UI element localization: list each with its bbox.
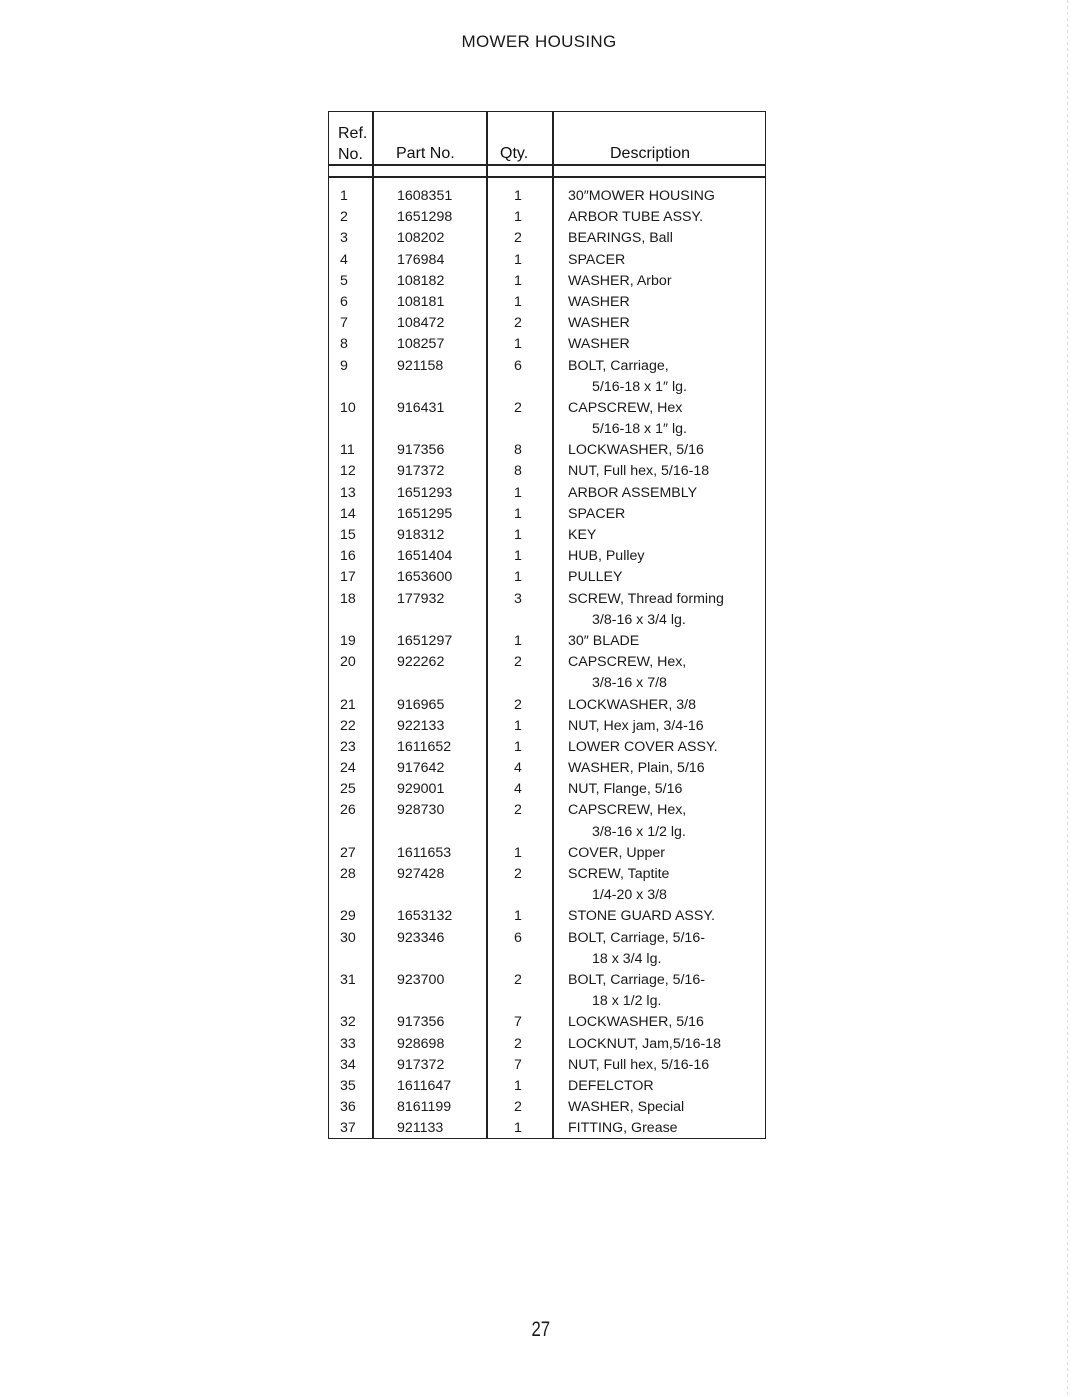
ref-cell: 3: [340, 228, 348, 249]
table-row: 41769841SPACER: [328, 250, 766, 271]
description-cell: COVER, Upper: [568, 843, 665, 864]
description-cell: BEARINGS, Ball: [568, 228, 673, 249]
table-row-continuation: 3/8-16 x 7/8: [328, 673, 766, 694]
qty-cell: 2: [514, 970, 522, 991]
table-row: 339286982LOCKNUT, Jam,5/16-18: [328, 1034, 766, 1055]
table-row: 51081821WASHER, Arbor: [328, 271, 766, 292]
description-continuation-cell: 18 x 1/2 lg.: [592, 991, 661, 1012]
qty-cell: 1: [514, 483, 522, 504]
description-cell: SPACER: [568, 504, 625, 525]
part-no-cell: 923700: [397, 970, 444, 991]
description-cell: CAPSCREW, Hex,: [568, 800, 686, 821]
part-no-cell: 8161199: [397, 1097, 451, 1118]
description-cell: DEFELCTOR: [568, 1076, 654, 1097]
part-no-cell: 916965: [397, 695, 444, 716]
description-cell: WASHER, Special: [568, 1097, 684, 1118]
part-no-cell: 928730: [397, 800, 444, 821]
part-no-cell: 917356: [397, 440, 444, 461]
qty-cell: 1: [514, 567, 522, 588]
ref-cell: 19: [340, 631, 356, 652]
part-no-cell: 1651404: [397, 546, 452, 567]
part-no-cell: 176984: [397, 250, 444, 271]
ref-cell: 36: [340, 1097, 356, 1118]
qty-cell: 1: [514, 525, 522, 546]
ref-cell: 11: [340, 440, 355, 461]
part-no-cell: 1653600: [397, 567, 452, 588]
qty-cell: 8: [514, 461, 522, 482]
table-row: 259290014NUT, Flange, 5/16: [328, 779, 766, 800]
qty-cell: 1: [514, 716, 522, 737]
table-row: 99211586BOLT, Carriage,: [328, 356, 766, 377]
table-row: 1716536001PULLEY: [328, 567, 766, 588]
table-row: 2316116521LOWER COVER ASSY.: [328, 737, 766, 758]
qty-cell: 4: [514, 779, 522, 800]
part-no-cell: 108472: [397, 313, 444, 334]
part-no-cell: 921158: [397, 356, 443, 377]
ref-cell: 20: [340, 652, 356, 673]
qty-cell: 2: [514, 1034, 522, 1055]
qty-cell: 8: [514, 440, 522, 461]
qty-cell: 1: [514, 271, 522, 292]
table-row: 269287302CAPSCREW, Hex,: [328, 800, 766, 821]
qty-cell: 2: [514, 228, 522, 249]
description-cell: WASHER: [568, 313, 630, 334]
table-row: 61081811WASHER: [328, 292, 766, 313]
header-qty: Qty.: [500, 145, 528, 163]
table-row: 2716116531COVER, Upper: [328, 843, 766, 864]
description-cell: ARBOR TUBE ASSY.: [568, 207, 703, 228]
table-row: 289274282SCREW, Taptite: [328, 864, 766, 885]
qty-cell: 2: [514, 864, 522, 885]
table-row-continuation: 18 x 3/4 lg.: [328, 949, 766, 970]
qty-cell: 1: [514, 546, 522, 567]
ref-cell: 8: [340, 334, 348, 355]
ref-cell: 16: [340, 546, 356, 567]
ref-cell: 1: [340, 186, 348, 207]
ref-cell: 21: [340, 695, 356, 716]
part-no-cell: 927428: [397, 864, 444, 885]
part-no-cell: 1651295: [397, 504, 452, 525]
qty-cell: 1: [514, 207, 522, 228]
description-cell: BOLT, Carriage, 5/16-: [568, 928, 705, 949]
ref-cell: 4: [340, 250, 348, 271]
ref-cell: 23: [340, 737, 356, 758]
table-row: 181779323SCREW, Thread forming: [328, 589, 766, 610]
ref-cell: 26: [340, 800, 356, 821]
scan-margin-line: [1067, 0, 1068, 1397]
table-row-continuation: 18 x 1/2 lg.: [328, 991, 766, 1012]
table-row: 3516116471DEFELCTOR: [328, 1076, 766, 1097]
qty-cell: 1: [514, 1076, 522, 1097]
description-cell: ARBOR ASSEMBLY: [568, 483, 697, 504]
ref-cell: 24: [340, 758, 356, 779]
table-row: 71084722WASHER: [328, 313, 766, 334]
table-row: 216512981ARBOR TUBE ASSY.: [328, 207, 766, 228]
ref-cell: 12: [340, 461, 356, 482]
description-cell: CAPSCREW, Hex,: [568, 652, 686, 673]
description-continuation-cell: 3/8-16 x 1/2 lg.: [592, 822, 686, 843]
table-row: 129173728NUT, Full hex, 5/16-18: [328, 461, 766, 482]
ref-cell: 10: [340, 398, 356, 419]
qty-cell: 1: [514, 631, 522, 652]
part-no-cell: 916431: [397, 398, 444, 419]
ref-cell: 33: [340, 1034, 356, 1055]
table-row: 159183121KEY: [328, 525, 766, 546]
header-ref-line2: No.: [338, 144, 367, 165]
description-continuation-cell: 5/16-18 x 1″ lg.: [592, 377, 687, 398]
part-no-cell: 1653132: [397, 906, 452, 927]
description-cell: SCREW, Thread forming: [568, 589, 724, 610]
table-row: 1416512951SPACER: [328, 504, 766, 525]
ref-cell: 30: [340, 928, 356, 949]
ref-cell: 27: [340, 843, 356, 864]
part-no-cell: 108182: [397, 271, 444, 292]
description-cell: LOCKNUT, Jam,5/16-18: [568, 1034, 721, 1055]
qty-cell: 3: [514, 589, 522, 610]
description-cell: SCREW, Taptite: [568, 864, 669, 885]
description-cell: WASHER: [568, 334, 630, 355]
ref-cell: 35: [340, 1076, 356, 1097]
description-cell: 30″ BLADE: [568, 631, 639, 652]
ref-cell: 9: [340, 356, 348, 377]
description-continuation-cell: 5/16-18 x 1″ lg.: [592, 419, 687, 440]
table-row: 1316512931ARBOR ASSEMBLY: [328, 483, 766, 504]
qty-cell: 2: [514, 313, 522, 334]
description-cell: LOWER COVER ASSY.: [568, 737, 718, 758]
ref-cell: 25: [340, 779, 356, 800]
description-cell: WASHER, Arbor: [568, 271, 672, 292]
ref-cell: 28: [340, 864, 356, 885]
qty-cell: 1: [514, 843, 522, 864]
qty-cell: 1: [514, 334, 522, 355]
qty-cell: 1: [514, 737, 522, 758]
page-number: 27: [109, 1318, 973, 1342]
table-row: 191651297130″ BLADE: [328, 631, 766, 652]
qty-cell: 1: [514, 1118, 522, 1139]
description-continuation-cell: 18 x 3/4 lg.: [592, 949, 661, 970]
header-divider: [328, 164, 766, 166]
description-cell: SPACER: [568, 250, 625, 271]
description-cell: BOLT, Carriage,: [568, 356, 669, 377]
qty-cell: 7: [514, 1012, 522, 1033]
description-cell: WASHER, Plain, 5/16: [568, 758, 705, 779]
description-cell: BOLT, Carriage, 5/16-: [568, 970, 705, 991]
table-row: 11608351130″MOWER HOUSING: [328, 186, 766, 207]
part-no-cell: 1651297: [397, 631, 452, 652]
part-no-cell: 929001: [397, 779, 444, 800]
ref-cell: 2: [340, 207, 348, 228]
qty-cell: 2: [514, 652, 522, 673]
part-no-cell: 917356: [397, 1012, 444, 1033]
ref-cell: 15: [340, 525, 356, 546]
qty-cell: 7: [514, 1055, 522, 1076]
table-row: 219169652LOCKWASHER, 3/8: [328, 695, 766, 716]
part-no-cell: 177932: [397, 589, 444, 610]
description-cell: 30″MOWER HOUSING: [568, 186, 715, 207]
qty-cell: 6: [514, 356, 522, 377]
ref-cell: 22: [340, 716, 356, 737]
table-row: 229221331NUT, Hex jam, 3/4-16: [328, 716, 766, 737]
parts-table: Ref. No. Part No. Qty. Description 11608…: [328, 111, 766, 1139]
description-cell: LOCKWASHER, 3/8: [568, 695, 696, 716]
table-row: 349173727NUT, Full hex, 5/16-16: [328, 1055, 766, 1076]
qty-cell: 2: [514, 1097, 522, 1118]
qty-cell: 1: [514, 906, 522, 927]
ref-cell: 29: [340, 906, 356, 927]
part-no-cell: 1611653: [397, 843, 451, 864]
part-no-cell: 1608351: [397, 186, 452, 207]
part-no-cell: 928698: [397, 1034, 444, 1055]
part-no-cell: 918312: [397, 525, 444, 546]
table-row-continuation: 1/4-20 x 3/8: [328, 885, 766, 906]
description-cell: CAPSCREW, Hex: [568, 398, 682, 419]
part-no-cell: 917372: [397, 461, 444, 482]
part-no-cell: 1611652: [397, 737, 451, 758]
part-no-cell: 1651293: [397, 483, 452, 504]
table-row: 329173567LOCKWASHER, 5/16: [328, 1012, 766, 1033]
qty-cell: 4: [514, 758, 522, 779]
description-cell: STONE GUARD ASSY.: [568, 906, 715, 927]
ref-cell: 14: [340, 504, 356, 525]
ref-cell: 31: [340, 970, 356, 991]
header-ref-line1: Ref.: [338, 123, 367, 144]
part-no-cell: 917642: [397, 758, 444, 779]
table-row: 81082571WASHER: [328, 334, 766, 355]
table-row: 209222622CAPSCREW, Hex,: [328, 652, 766, 673]
ref-cell: 7: [340, 313, 348, 334]
qty-cell: 1: [514, 292, 522, 313]
qty-cell: 2: [514, 800, 522, 821]
table-row: 2916531321STONE GUARD ASSY.: [328, 906, 766, 927]
header-ref-no: Ref. No.: [338, 123, 367, 165]
description-cell: PULLEY: [568, 567, 622, 588]
part-no-cell: 923346: [397, 928, 444, 949]
part-no-cell: 921133: [397, 1118, 443, 1139]
table-row-continuation: 5/16-18 x 1″ lg.: [328, 419, 766, 440]
table-row-continuation: 3/8-16 x 1/2 lg.: [328, 822, 766, 843]
table-row: 109164312CAPSCREW, Hex: [328, 398, 766, 419]
description-cell: LOCKWASHER, 5/16: [568, 1012, 704, 1033]
ref-cell: 34: [340, 1055, 356, 1076]
table-row: 319237002BOLT, Carriage, 5/16-: [328, 970, 766, 991]
qty-cell: 1: [514, 186, 522, 207]
ref-cell: 5: [340, 271, 348, 292]
description-cell: LOCKWASHER, 5/16: [568, 440, 704, 461]
header-part-no: Part No.: [396, 145, 455, 163]
table-row-continuation: 5/16-18 x 1″ lg.: [328, 377, 766, 398]
header-divider: [328, 176, 766, 178]
ref-cell: 18: [340, 589, 356, 610]
ref-cell: 37: [340, 1118, 356, 1139]
table-row: 1616514041HUB, Pulley: [328, 546, 766, 567]
table-row-continuation: 3/8-16 x 3/4 lg.: [328, 610, 766, 631]
ref-cell: 17: [340, 567, 356, 588]
qty-cell: 1: [514, 250, 522, 271]
ref-cell: 32: [340, 1012, 356, 1033]
table-body: 11608351130″MOWER HOUSING216512981ARBOR …: [328, 186, 766, 1139]
table-row: 31082022BEARINGS, Ball: [328, 228, 766, 249]
table-row: 119173568LOCKWASHER, 5/16: [328, 440, 766, 461]
header-description: Description: [610, 145, 690, 163]
part-no-cell: 1611647: [397, 1076, 451, 1097]
part-no-cell: 922262: [397, 652, 444, 673]
page-title: MOWER HOUSING: [0, 32, 1079, 52]
description-cell: HUB, Pulley: [568, 546, 644, 567]
ref-cell: 13: [340, 483, 356, 504]
table-row: 379211331FITTING, Grease: [328, 1118, 766, 1139]
part-no-cell: 108181: [397, 292, 444, 313]
description-cell: FITTING, Grease: [568, 1118, 678, 1139]
table-row: 249176424WASHER, Plain, 5/16: [328, 758, 766, 779]
description-continuation-cell: 3/8-16 x 3/4 lg.: [592, 610, 686, 631]
description-continuation-cell: 3/8-16 x 7/8: [592, 673, 667, 694]
table-row: 309233466BOLT, Carriage, 5/16-: [328, 928, 766, 949]
part-no-cell: 922133: [397, 716, 444, 737]
description-cell: NUT, Hex jam, 3/4-16: [568, 716, 704, 737]
description-cell: KEY: [568, 525, 596, 546]
qty-cell: 6: [514, 928, 522, 949]
description-cell: NUT, Full hex, 5/16-18: [568, 461, 709, 482]
description-cell: NUT, Flange, 5/16: [568, 779, 682, 800]
ref-cell: 6: [340, 292, 348, 313]
part-no-cell: 108202: [397, 228, 444, 249]
description-cell: WASHER: [568, 292, 630, 313]
qty-cell: 2: [514, 398, 522, 419]
description-cell: NUT, Full hex, 5/16-16: [568, 1055, 709, 1076]
qty-cell: 2: [514, 695, 522, 716]
part-no-cell: 1651298: [397, 207, 452, 228]
part-no-cell: 917372: [397, 1055, 444, 1076]
qty-cell: 1: [514, 504, 522, 525]
table-row: 3681611992WASHER, Special: [328, 1097, 766, 1118]
part-no-cell: 108257: [397, 334, 444, 355]
description-continuation-cell: 1/4-20 x 3/8: [592, 885, 667, 906]
